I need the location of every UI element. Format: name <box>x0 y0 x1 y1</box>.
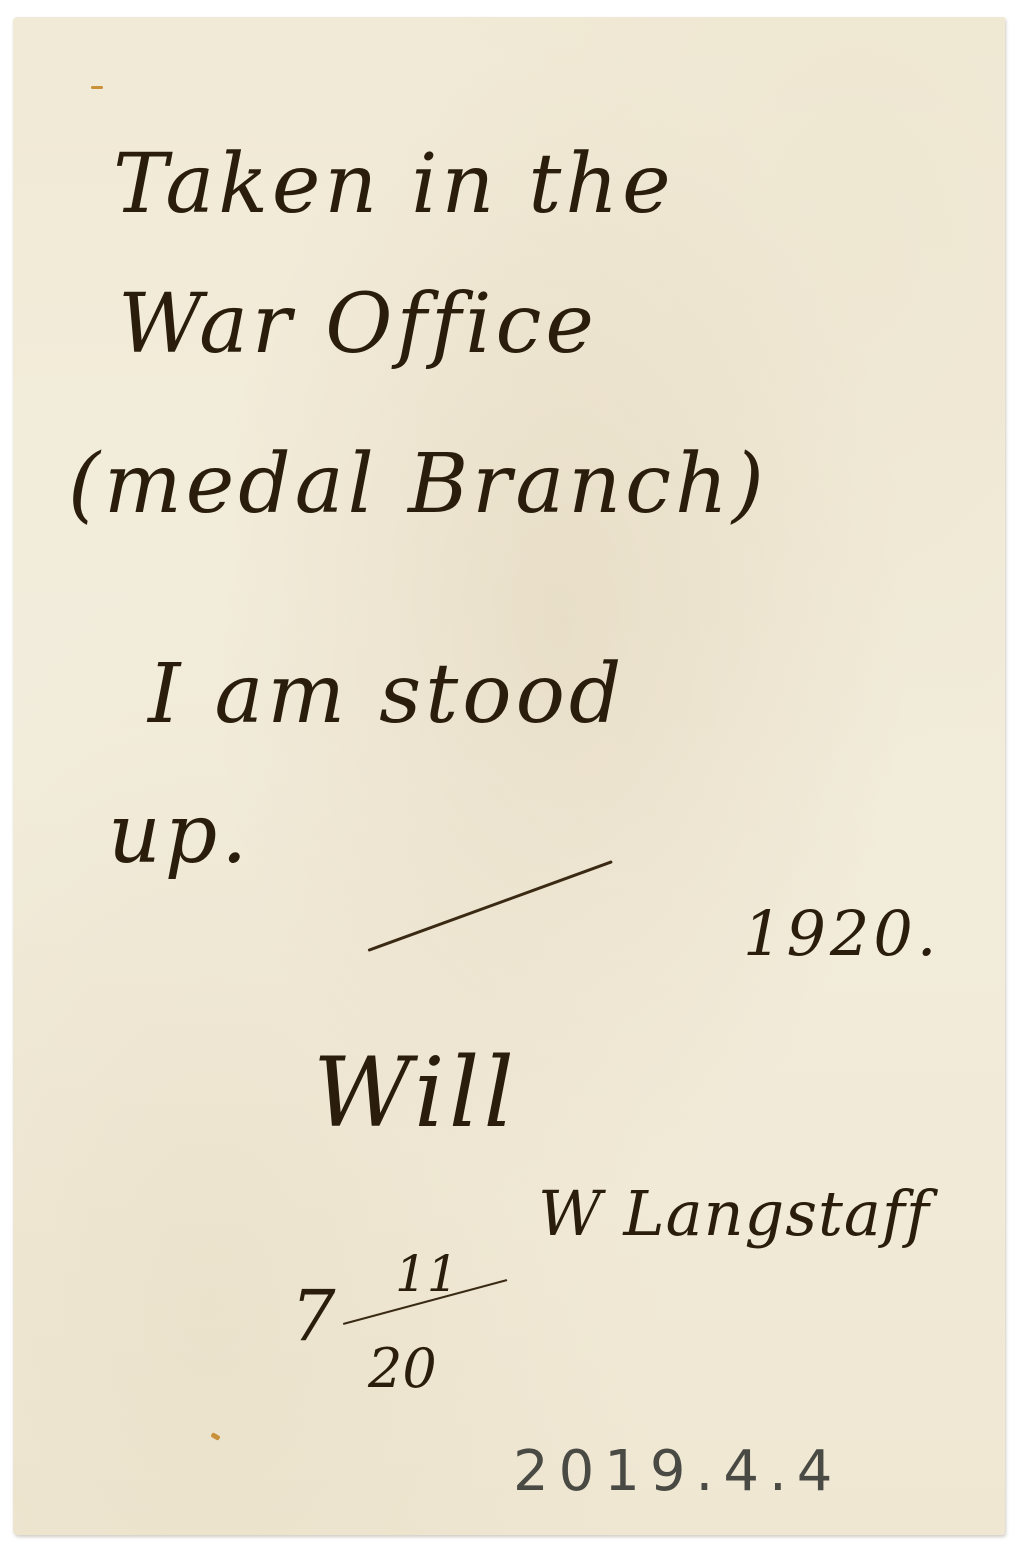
signature-text: W Langstaff <box>538 1177 930 1250</box>
handwritten-line-2: War Office <box>118 277 598 372</box>
signoff-text: Will <box>313 1037 518 1149</box>
handwritten-line-4: I am stood <box>148 647 625 742</box>
ink-speck <box>210 1432 220 1441</box>
handwritten-line-1: Taken in the <box>113 137 675 232</box>
year-text: 1920. <box>743 897 941 970</box>
handwritten-line-5: up. <box>108 787 251 882</box>
accession-number: 2019.4.4 <box>513 1439 842 1504</box>
ink-speck <box>91 86 103 89</box>
date-year: 20 <box>368 1337 437 1400</box>
date-day: 7 <box>291 1275 340 1357</box>
underline-stroke <box>367 860 612 952</box>
handwritten-line-3: (medal Branch) <box>68 437 768 532</box>
photo-card-back: Taken in the War Office (medal Branch) I… <box>13 17 1005 1535</box>
